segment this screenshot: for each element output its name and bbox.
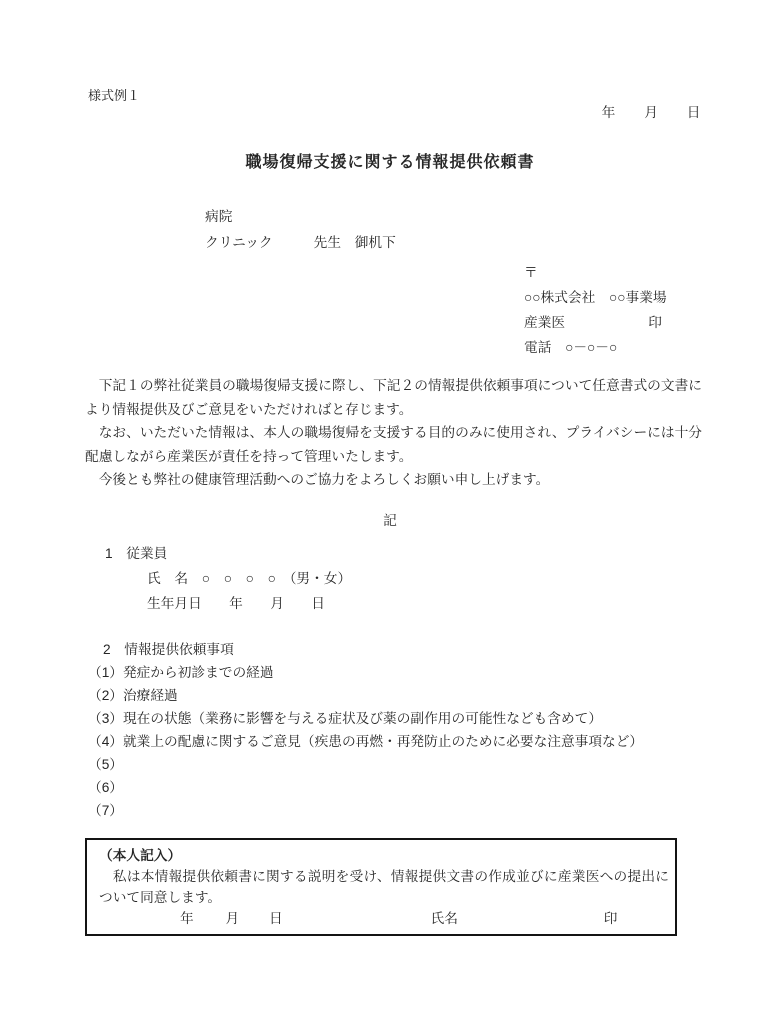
signature-year-label: 年 [180,911,194,926]
body-paragraph-3: 今後とも弊社の健康管理活動へのご協力をよろしくお願い申し上げます。 [85,468,702,492]
request-item-3: （3）現在の状態（業務に影響を与える症状及び薬の副作用の可能性なども含めて） [88,707,780,730]
clinic-line: クリニック 先生 御机下 [205,230,780,256]
seal-placeholder: 印 [648,310,662,335]
addressee-block: 病院 クリニック 先生 御机下 [205,204,780,256]
consent-statement: 私は本情報提供依頼書に関する説明を受け、情報提供文書の作成並びに産業医への提出に… [99,866,669,908]
header-date-line: 年 月 日 [0,104,780,122]
request-item-4: （4）就業上の配慮に関するご意見（疾患の再燃・再発防止のために必要な注意事項など… [88,730,780,753]
sender-block: 〒 ○○株式会社 ○○事業場 産業医 印 電話 ○－○－○ [524,260,780,360]
request-item-1: （1）発症から初診までの経過 [88,661,780,684]
consent-box: （本人記入） 私は本情報提供依頼書に関する説明を受け、情報提供文書の作成並びに産… [85,838,677,936]
postal-mark: 〒 [524,260,780,285]
request-item-6: （6） [88,776,780,799]
document-title: 職場復帰支援に関する情報提供依頼書 [0,152,780,174]
request-item-2: （2）治療経過 [88,684,780,707]
physician-line: 産業医 印 [524,310,662,335]
body-paragraph-2: なお、いただいた情報は、本人の職場復帰を支援する目的のみに使用され、プライバシー… [85,421,702,468]
signature-name-label: 氏名 [431,911,458,926]
phone-line: 電話 ○－○－○ [524,335,780,360]
hospital-line: 病院 [205,204,780,230]
company-line: ○○株式会社 ○○事業場 [524,285,780,310]
signature-seal-label: 印 [604,911,618,926]
employee-birthdate-line: 生年月日 年 月 日 [147,591,780,616]
employee-name-line: 氏 名 ○ ○ ○ ○ （男・女） [147,566,780,591]
signature-day-label: 日 [269,911,283,926]
section-employee: 1 従業員 氏 名 ○ ○ ○ ○ （男・女） 生年月日 年 月 日 [0,541,780,616]
section2-heading: 2 情報提供依頼事項 [103,638,780,661]
request-item-5: （5） [88,753,780,776]
request-item-7: （7） [88,799,780,822]
physician-label: 産業医 [524,310,565,335]
body-paragraphs: 下記１の弊社従業員の職場復帰支援に際し、下記２の情報提供依頼事項について任意書式… [85,374,702,492]
section-request-items: 2 情報提供依頼事項 （1）発症から初診までの経過 （2）治療経過 （3）現在の… [0,638,780,822]
consent-signature-row: 年 月 日 氏名 印 [99,908,669,929]
document-page: 様式例１ 年 月 日 職場復帰支援に関する情報提供依頼書 病院 クリニック 先生… [0,0,780,1024]
notation-ki: 記 [0,513,780,529]
body-paragraph-1: 下記１の弊社従業員の職場復帰支援に際し、下記２の情報提供依頼事項について任意書式… [85,374,702,421]
consent-box-heading: （本人記入） [99,845,669,866]
form-example-label: 様式例１ [88,88,780,104]
section1-heading: 1 従業員 [105,541,780,566]
signature-month-label: 月 [226,911,240,926]
